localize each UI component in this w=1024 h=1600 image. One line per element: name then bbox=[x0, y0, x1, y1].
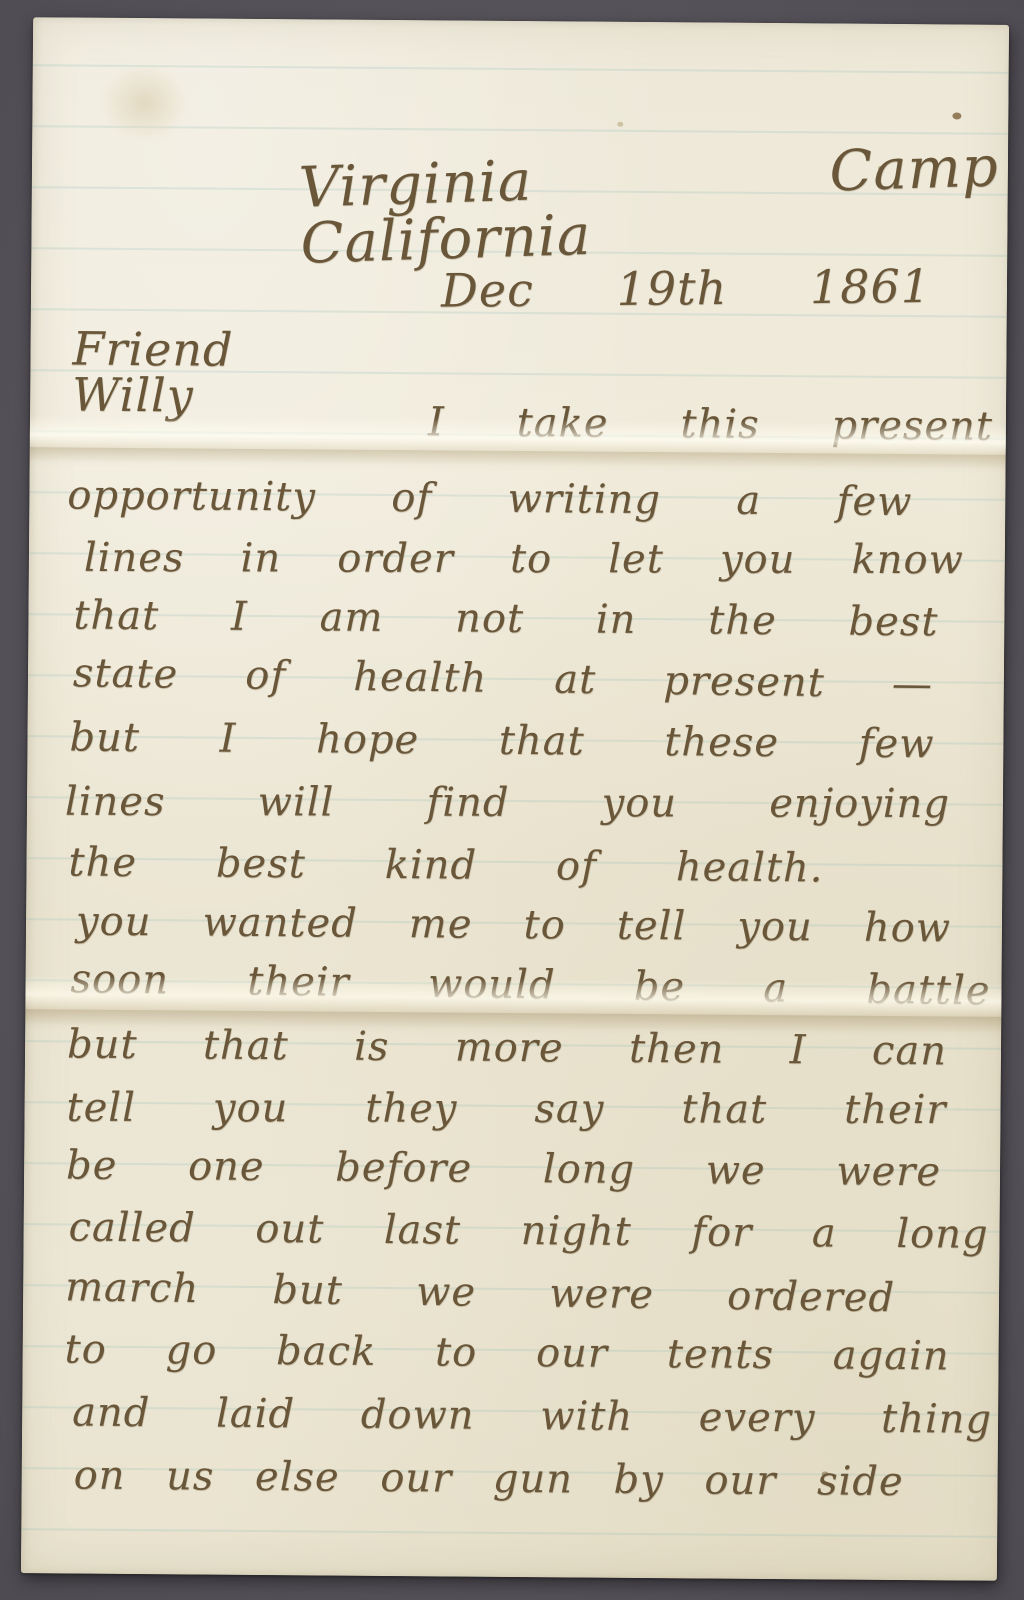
letter-line: but that is more then I can bbox=[67, 1024, 947, 1071]
letter-paper: Virginia Camp California Dec 19th 1861 F… bbox=[21, 17, 1009, 1581]
letter-line: I take this present bbox=[428, 402, 993, 446]
letter-salutation: Friend Willy bbox=[72, 326, 353, 420]
letter-line: to go back to our tents again bbox=[65, 1329, 950, 1376]
letter-heading: Virginia Camp California bbox=[298, 139, 1001, 272]
photo-background: Virginia Camp California Dec 19th 1861 F… bbox=[0, 0, 1024, 1600]
letter-line: opportunity of writing a few bbox=[67, 475, 912, 522]
letter-line: state of health at present — bbox=[73, 653, 933, 704]
foxing-spot bbox=[617, 122, 623, 127]
letter-line: called out last night for a long bbox=[68, 1208, 988, 1255]
letter-line: be one before long we were bbox=[66, 1145, 941, 1192]
letter-line: soon their would be a battle bbox=[70, 959, 990, 1011]
letter-date: Dec 19th 1861 bbox=[441, 263, 931, 314]
letter-line: march but we were ordered bbox=[65, 1267, 895, 1318]
letter-line: lines in order to let you know bbox=[84, 538, 964, 580]
letter-line: you wanted me to tell you how bbox=[76, 902, 951, 949]
letter-line: on us else our gun by our side bbox=[74, 1456, 904, 1503]
letter-line: tell you they say that their bbox=[67, 1088, 947, 1130]
letter-line: and laid down with every thing bbox=[72, 1393, 992, 1440]
letter-line: the best kind of health. bbox=[68, 842, 823, 888]
letter-line: lines will find you enjoying bbox=[65, 782, 950, 824]
letter-line: that I am not in the best bbox=[73, 596, 938, 643]
embossed-stamp bbox=[84, 48, 205, 159]
letter-line: but I hope that these few bbox=[69, 717, 934, 764]
foxing-spot bbox=[952, 112, 961, 119]
